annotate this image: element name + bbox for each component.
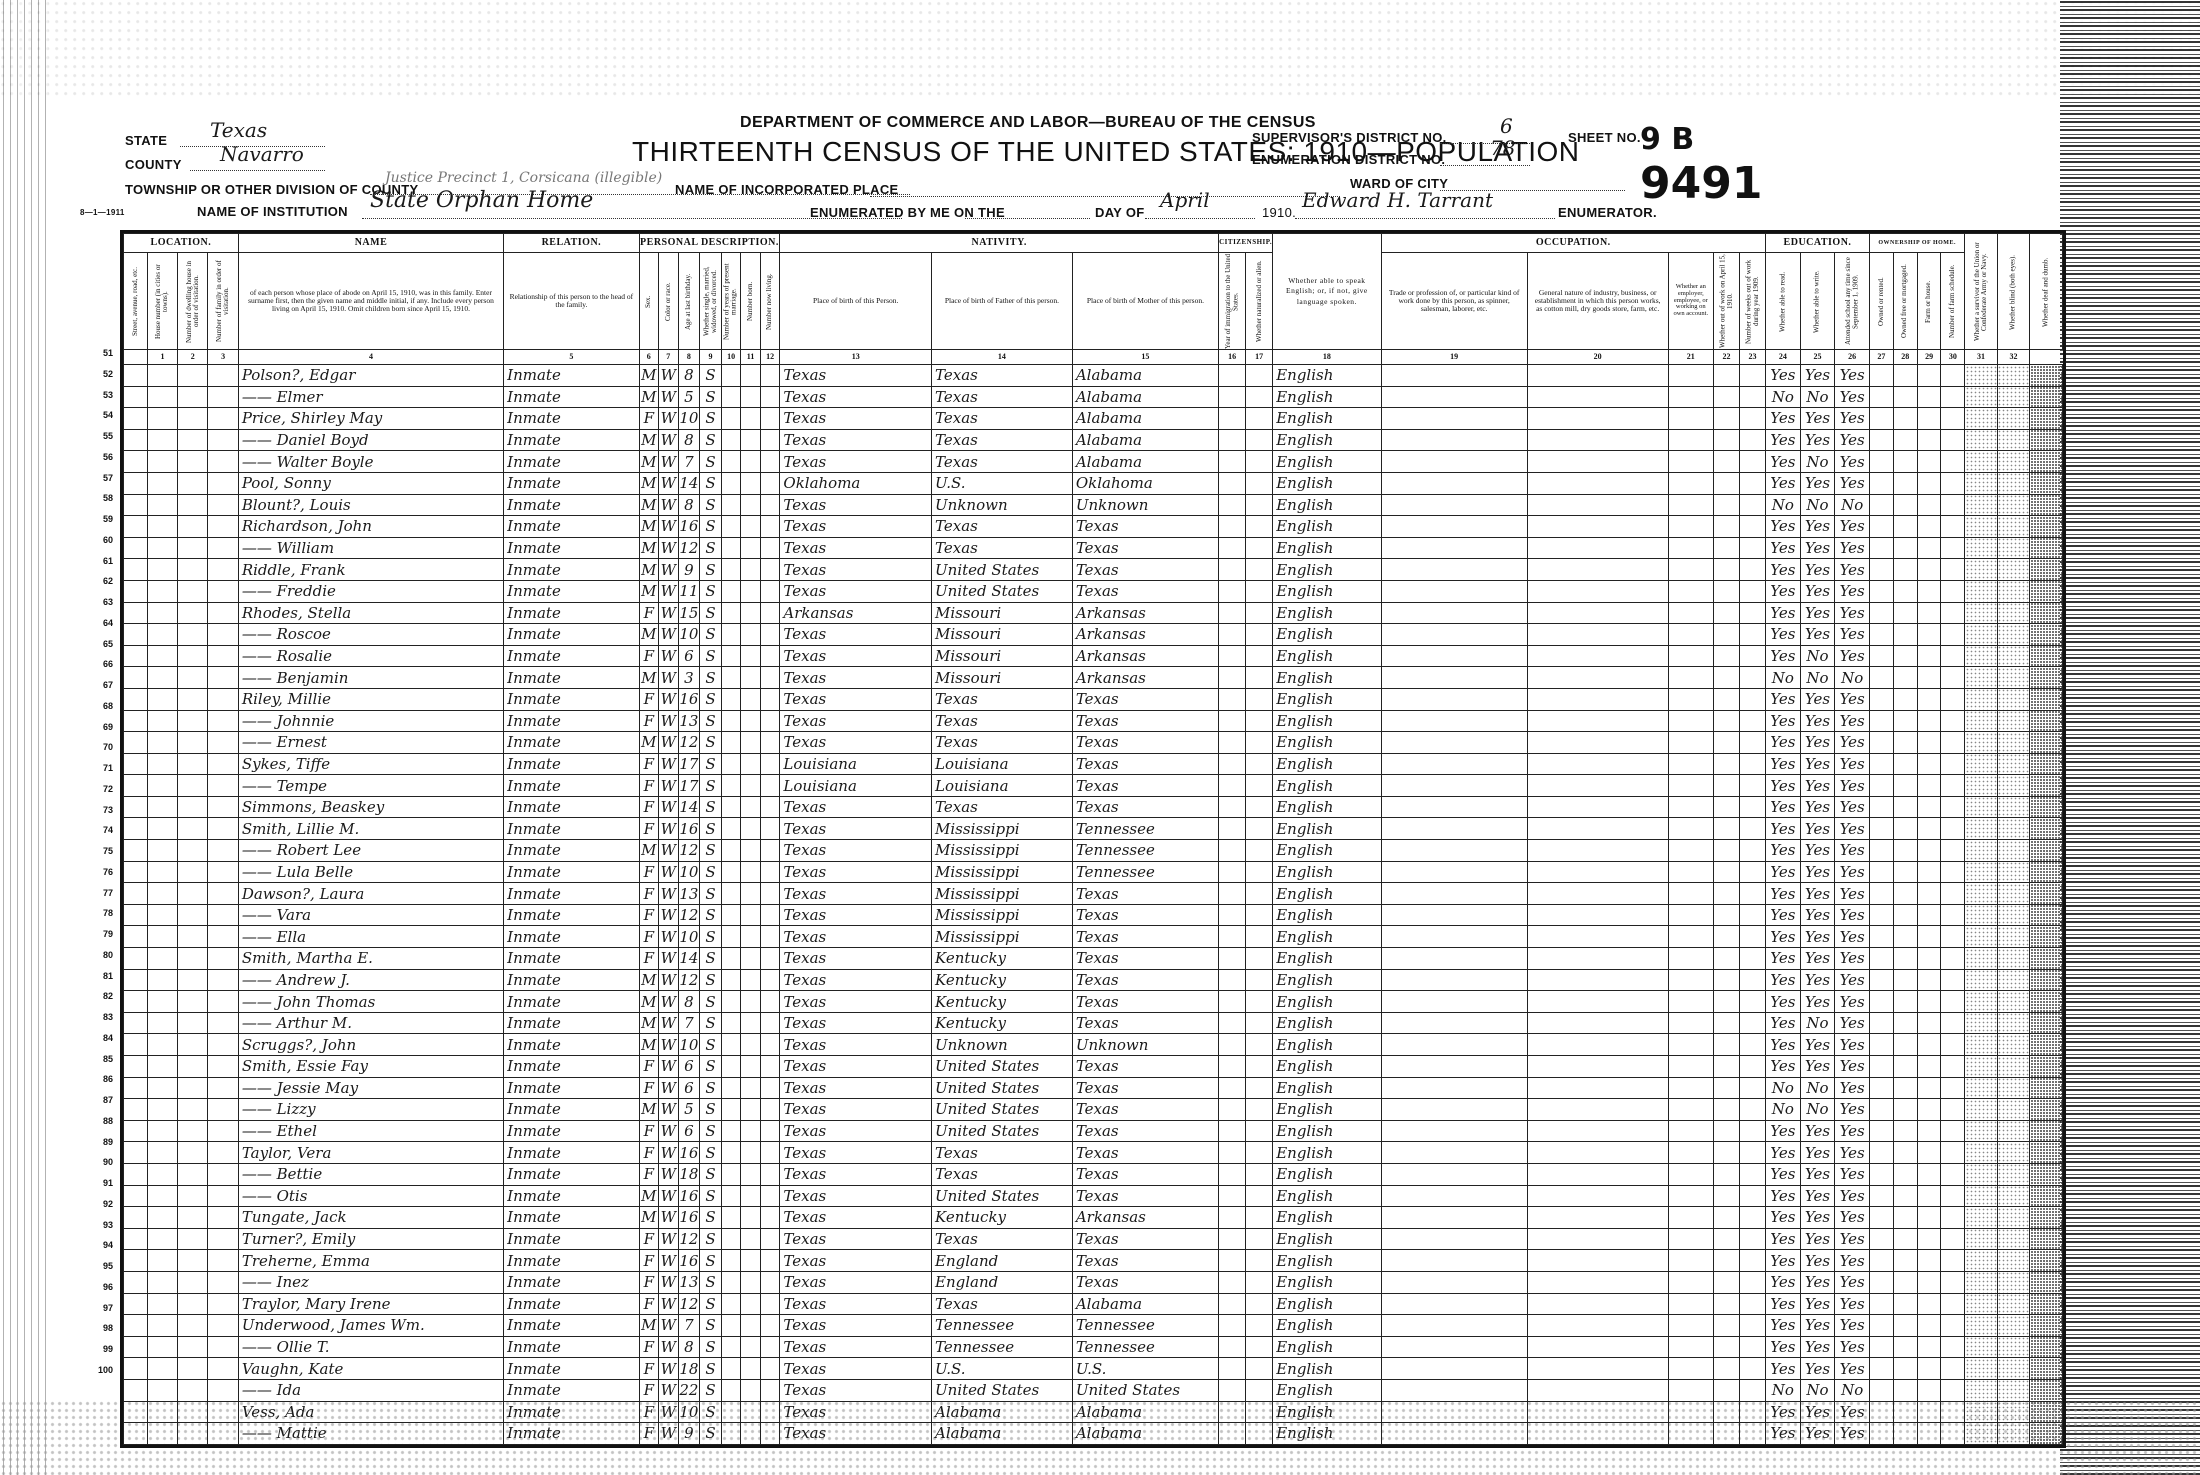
name-cell: —— Inez	[238, 1271, 503, 1293]
empty-cell	[1527, 1250, 1668, 1272]
empty-cell	[721, 688, 740, 710]
age-cell: 16	[678, 1207, 700, 1229]
empty-cell	[147, 861, 177, 883]
mother-birthplace-cell: Texas	[1072, 991, 1218, 1013]
table-row: Scruggs?, JohnInmateMW10STexasUnknownUnk…	[124, 1034, 2063, 1056]
empty-cell	[1714, 645, 1740, 667]
empty-cell	[2030, 645, 2063, 667]
empty-cell	[1941, 516, 1965, 538]
father-birthplace-cell: Texas	[932, 429, 1073, 451]
relation-cell: Inmate	[504, 1250, 639, 1272]
empty-cell	[208, 688, 238, 710]
age-cell: 10	[678, 1034, 700, 1056]
empty-cell	[124, 624, 148, 646]
empty-cell	[741, 883, 760, 905]
relation-cell: Inmate	[504, 1401, 639, 1423]
school-cell: Yes	[1835, 1401, 1870, 1423]
empty-cell	[1219, 796, 1246, 818]
age-cell: 10	[678, 408, 700, 430]
write-cell: Yes	[1800, 365, 1835, 387]
relation-cell: Inmate	[504, 537, 639, 559]
empty-cell	[721, 1379, 740, 1401]
group-personal-description: PERSONAL DESCRIPTION.	[639, 234, 780, 253]
column-number: 11	[741, 350, 760, 365]
name-cell: —— Ernest	[238, 732, 503, 754]
age-cell: 10	[678, 926, 700, 948]
empty-cell	[1381, 667, 1527, 689]
header-birth-father: Place of birth of Father of this person.	[932, 253, 1073, 350]
empty-cell	[1381, 580, 1527, 602]
sex-cell: M	[639, 1185, 658, 1207]
name-cell: Treherne, Emma	[238, 1250, 503, 1272]
language-cell: English	[1273, 1423, 1381, 1445]
empty-cell	[1714, 1228, 1740, 1250]
empty-cell	[1941, 818, 1965, 840]
empty-cell	[1381, 472, 1527, 494]
read-cell: Yes	[1766, 991, 1801, 1013]
mother-birthplace-cell: Texas	[1072, 732, 1218, 754]
name-cell: —— John Thomas	[238, 991, 503, 1013]
relation-cell: Inmate	[504, 1379, 639, 1401]
language-cell: English	[1273, 1077, 1381, 1099]
age-cell: 7	[678, 1012, 700, 1034]
father-birthplace-cell: Tennessee	[932, 1336, 1073, 1358]
empty-cell	[1668, 1228, 1713, 1250]
empty-cell	[1941, 451, 1965, 473]
empty-cell	[1668, 1336, 1713, 1358]
write-cell: Yes	[1800, 1401, 1835, 1423]
sex-cell: F	[639, 1271, 658, 1293]
marital-cell: S	[700, 732, 722, 754]
marital-cell: S	[700, 559, 722, 581]
birthplace-cell: Texas	[780, 948, 932, 970]
empty-cell	[760, 818, 780, 840]
empty-cell	[1997, 1271, 2029, 1293]
empty-cell	[1870, 516, 1894, 538]
empty-cell	[1527, 1034, 1668, 1056]
mother-birthplace-cell: Texas	[1072, 948, 1218, 970]
empty-cell	[1740, 472, 1766, 494]
empty-cell	[124, 472, 148, 494]
empty-cell	[760, 559, 780, 581]
empty-cell	[1917, 624, 1941, 646]
empty-cell	[147, 537, 177, 559]
empty-cell	[147, 602, 177, 624]
empty-cell	[721, 1293, 740, 1315]
language-cell: English	[1273, 580, 1381, 602]
empty-cell	[1893, 516, 1917, 538]
race-cell: W	[659, 1315, 678, 1337]
empty-cell	[1527, 451, 1668, 473]
birthplace-cell: Texas	[780, 1163, 932, 1185]
race-cell: W	[659, 948, 678, 970]
line-number: 51	[83, 348, 113, 358]
empty-cell	[1381, 904, 1527, 926]
empty-cell	[741, 645, 760, 667]
age-cell: 15	[678, 602, 700, 624]
empty-cell	[208, 775, 238, 797]
empty-cell	[1381, 1336, 1527, 1358]
race-cell: W	[659, 1336, 678, 1358]
line-number: 65	[83, 639, 113, 649]
empty-cell	[124, 1163, 148, 1185]
read-cell: Yes	[1766, 710, 1801, 732]
empty-cell	[721, 1056, 740, 1078]
empty-cell	[1917, 1056, 1941, 1078]
empty-cell	[721, 667, 740, 689]
mother-birthplace-cell: Tennessee	[1072, 840, 1218, 862]
empty-cell	[1219, 840, 1246, 862]
language-cell: English	[1273, 386, 1381, 408]
empty-cell	[1965, 883, 1997, 905]
race-cell: W	[659, 624, 678, 646]
empty-cell	[2030, 602, 2063, 624]
empty-cell	[1870, 840, 1894, 862]
empty-cell	[1527, 796, 1668, 818]
empty-cell	[147, 559, 177, 581]
name-cell: Pool, Sonny	[238, 472, 503, 494]
write-cell: Yes	[1800, 861, 1835, 883]
marital-cell: S	[700, 840, 722, 862]
read-cell: Yes	[1766, 559, 1801, 581]
empty-cell	[1668, 1012, 1713, 1034]
empty-cell	[1527, 1315, 1668, 1337]
empty-cell	[1527, 710, 1668, 732]
empty-cell	[208, 904, 238, 926]
empty-cell	[1246, 883, 1273, 905]
empty-cell	[1668, 1142, 1713, 1164]
empty-cell	[1997, 1120, 2029, 1142]
birthplace-cell: Texas	[780, 969, 932, 991]
write-cell: Yes	[1800, 991, 1835, 1013]
mother-birthplace-cell: Arkansas	[1072, 645, 1218, 667]
marital-cell: S	[700, 408, 722, 430]
father-birthplace-cell: Missouri	[932, 645, 1073, 667]
empty-cell	[1941, 1315, 1965, 1337]
name-cell: —— Otis	[238, 1185, 503, 1207]
empty-cell	[1668, 1099, 1713, 1121]
empty-cell	[760, 840, 780, 862]
empty-cell	[208, 710, 238, 732]
empty-cell	[124, 1185, 148, 1207]
age-cell: 13	[678, 883, 700, 905]
empty-cell	[1381, 1293, 1527, 1315]
empty-cell	[2030, 1228, 2063, 1250]
empty-cell	[1997, 1379, 2029, 1401]
line-number: 97	[83, 1303, 113, 1313]
empty-cell	[1714, 1250, 1740, 1272]
empty-cell	[1997, 451, 2029, 473]
empty-cell	[1219, 1056, 1246, 1078]
empty-cell	[124, 904, 148, 926]
empty-cell	[1917, 1336, 1941, 1358]
empty-cell	[1219, 429, 1246, 451]
marital-cell: S	[700, 516, 722, 538]
empty-cell	[1381, 840, 1527, 862]
empty-cell	[208, 559, 238, 581]
school-cell: Yes	[1835, 429, 1870, 451]
empty-cell	[741, 1358, 760, 1380]
empty-cell	[1870, 602, 1894, 624]
header-birth-person: Place of birth of this Person.	[780, 253, 932, 350]
race-cell: W	[659, 451, 678, 473]
line-number: 77	[83, 888, 113, 898]
marital-cell: S	[700, 1358, 722, 1380]
empty-cell	[1893, 1185, 1917, 1207]
empty-cell	[1219, 861, 1246, 883]
language-desc: Whether able to speak English; or, if no…	[1286, 276, 1368, 306]
empty-cell	[1219, 1228, 1246, 1250]
empty-cell	[1870, 775, 1894, 797]
empty-cell	[1997, 1185, 2029, 1207]
empty-cell	[1668, 1271, 1713, 1293]
sex-cell: F	[639, 602, 658, 624]
school-cell: Yes	[1835, 1142, 1870, 1164]
header-children-born: Number born.	[741, 253, 760, 350]
empty-cell	[1965, 861, 1997, 883]
marital-cell: S	[700, 1099, 722, 1121]
empty-cell	[741, 1163, 760, 1185]
sex-cell: F	[639, 1358, 658, 1380]
birthplace-cell: Texas	[780, 408, 932, 430]
relation-cell: Inmate	[504, 732, 639, 754]
empty-cell	[124, 1358, 148, 1380]
empty-cell	[1714, 710, 1740, 732]
empty-cell	[1965, 753, 1997, 775]
line-number: 76	[83, 867, 113, 877]
empty-cell	[147, 1077, 177, 1099]
mother-birthplace-cell: Texas	[1072, 688, 1218, 710]
empty-cell	[721, 494, 740, 516]
sheet-number-label: SHEET NO.	[1568, 130, 1641, 145]
empty-cell	[1714, 516, 1740, 538]
empty-cell	[1941, 1012, 1965, 1034]
write-cell: Yes	[1800, 1120, 1835, 1142]
empty-cell	[124, 1034, 148, 1056]
name-cell: —— Ollie T.	[238, 1336, 503, 1358]
empty-cell	[1381, 1250, 1527, 1272]
table-row: —— ElmerInmateMW5STexasTexasAlabamaEngli…	[124, 386, 2063, 408]
empty-cell	[1668, 861, 1713, 883]
empty-cell	[1997, 861, 2029, 883]
write-cell: Yes	[1800, 1358, 1835, 1380]
header-dwelling-number: Number of dwelling house in order of vis…	[178, 253, 208, 350]
empty-cell	[1870, 1423, 1894, 1445]
empty-cell	[1941, 580, 1965, 602]
school-cell: Yes	[1835, 818, 1870, 840]
language-cell: English	[1273, 991, 1381, 1013]
empty-cell	[1740, 1250, 1766, 1272]
relation-cell: Inmate	[504, 796, 639, 818]
age-cell: 12	[678, 969, 700, 991]
empty-cell	[1714, 1034, 1740, 1056]
empty-cell	[1941, 926, 1965, 948]
father-birthplace-cell: Unknown	[932, 494, 1073, 516]
line-number: 62	[83, 576, 113, 586]
header-birth-mother: Place of birth of Mother of this person.	[1072, 253, 1218, 350]
supervisor-district-label: SUPERVISOR'S DISTRICT NO.	[1252, 130, 1447, 145]
write-cell: Yes	[1800, 1336, 1835, 1358]
sex-cell: M	[639, 559, 658, 581]
empty-cell	[2030, 1271, 2063, 1293]
read-cell: Yes	[1766, 732, 1801, 754]
empty-cell	[2030, 948, 2063, 970]
read-cell: Yes	[1766, 429, 1801, 451]
school-cell: Yes	[1835, 580, 1870, 602]
column-number: 17	[1246, 350, 1273, 365]
empty-cell	[741, 624, 760, 646]
empty-cell	[1740, 1034, 1766, 1056]
empty-cell	[208, 926, 238, 948]
empty-cell	[760, 1401, 780, 1423]
name-cell: —— Roscoe	[238, 624, 503, 646]
empty-cell	[1997, 796, 2029, 818]
empty-cell	[1219, 1250, 1246, 1272]
empty-cell	[1941, 732, 1965, 754]
empty-cell	[147, 1034, 177, 1056]
group-nativity: NATIVITY.	[780, 234, 1219, 253]
language-cell: English	[1273, 1358, 1381, 1380]
read-cell: Yes	[1766, 1250, 1801, 1272]
language-cell: English	[1273, 1034, 1381, 1056]
empty-cell	[1668, 1401, 1713, 1423]
empty-cell	[1893, 710, 1917, 732]
age-cell: 16	[678, 1142, 700, 1164]
empty-cell	[1893, 537, 1917, 559]
empty-cell	[1219, 624, 1246, 646]
name-cell: —— Lula Belle	[238, 861, 503, 883]
birthplace-cell: Texas	[780, 710, 932, 732]
empty-cell	[1997, 818, 2029, 840]
column-number: 16	[1219, 350, 1246, 365]
language-cell: English	[1273, 753, 1381, 775]
empty-cell	[1219, 667, 1246, 689]
empty-cell	[1941, 883, 1965, 905]
empty-cell	[1246, 861, 1273, 883]
school-cell: Yes	[1835, 1056, 1870, 1078]
empty-cell	[124, 1142, 148, 1164]
empty-cell	[721, 796, 740, 818]
empty-cell	[1997, 602, 2029, 624]
line-number: 82	[83, 991, 113, 1001]
empty-cell	[741, 451, 760, 473]
empty-cell	[208, 1012, 238, 1034]
name-cell: Vaughn, Kate	[238, 1358, 503, 1380]
empty-cell	[1941, 1207, 1965, 1229]
empty-cell	[208, 991, 238, 1013]
empty-cell	[147, 1120, 177, 1142]
empty-cell	[721, 365, 740, 387]
empty-cell	[1219, 1163, 1246, 1185]
name-cell: Polson?, Edgar	[238, 365, 503, 387]
empty-cell	[178, 688, 208, 710]
empty-cell	[1870, 408, 1894, 430]
empty-cell	[1893, 580, 1917, 602]
empty-cell	[2030, 1056, 2063, 1078]
age-cell: 7	[678, 1315, 700, 1337]
empty-cell	[1381, 1315, 1527, 1337]
marital-cell: S	[700, 1293, 722, 1315]
marital-cell: S	[700, 472, 722, 494]
empty-cell	[1941, 365, 1965, 387]
age-cell: 6	[678, 645, 700, 667]
father-birthplace-cell: Tennessee	[932, 1315, 1073, 1337]
table-row: Richardson, JohnInmateMW16STexasTexasTex…	[124, 516, 2063, 538]
language-cell: English	[1273, 926, 1381, 948]
empty-cell	[1917, 883, 1941, 905]
empty-cell	[1219, 645, 1246, 667]
line-number: 81	[83, 971, 113, 981]
write-cell: Yes	[1800, 472, 1835, 494]
empty-cell	[1740, 948, 1766, 970]
enumerator-name: Edward H. Tarrant	[1302, 188, 1493, 212]
empty-cell	[1381, 451, 1527, 473]
empty-cell	[1917, 1034, 1941, 1056]
mother-birthplace-cell: Tennessee	[1072, 1315, 1218, 1337]
empty-cell	[1870, 1336, 1894, 1358]
header-school: Attended school any time since September…	[1835, 253, 1870, 350]
school-cell: Yes	[1835, 840, 1870, 862]
mother-birthplace-cell: Tennessee	[1072, 861, 1218, 883]
empty-cell	[1527, 494, 1668, 516]
empty-cell	[1870, 494, 1894, 516]
language-cell: English	[1273, 883, 1381, 905]
race-cell: W	[659, 1207, 678, 1229]
scan-noise-top	[0, 0, 2200, 100]
empty-cell	[1917, 1401, 1941, 1423]
empty-cell	[1668, 1423, 1713, 1445]
empty-cell	[741, 1315, 760, 1337]
empty-cell	[147, 386, 177, 408]
birthplace-cell: Texas	[780, 1056, 932, 1078]
empty-cell	[1870, 1120, 1894, 1142]
school-cell: Yes	[1835, 1271, 1870, 1293]
empty-cell	[1965, 969, 1997, 991]
sex-cell: F	[639, 1056, 658, 1078]
empty-cell	[1246, 1142, 1273, 1164]
table-row: Taylor, VeraInmateFW16STexasTexasTexasEn…	[124, 1142, 2063, 1164]
empty-cell	[1740, 991, 1766, 1013]
column-number: 31	[1965, 350, 1997, 365]
empty-cell	[1527, 818, 1668, 840]
empty-cell	[1527, 602, 1668, 624]
empty-cell	[760, 1271, 780, 1293]
age-cell: 12	[678, 1293, 700, 1315]
line-number: 52	[83, 369, 113, 379]
empty-cell	[2030, 1077, 2063, 1099]
empty-cell	[1740, 796, 1766, 818]
empty-cell	[1668, 991, 1713, 1013]
empty-cell	[1997, 429, 2029, 451]
name-cell: —— Benjamin	[238, 667, 503, 689]
mother-birthplace-cell: Alabama	[1072, 1293, 1218, 1315]
mother-birthplace-cell: Arkansas	[1072, 624, 1218, 646]
empty-cell	[1997, 1207, 2029, 1229]
empty-cell	[1965, 559, 1997, 581]
empty-cell	[124, 559, 148, 581]
empty-cell	[208, 1207, 238, 1229]
table-row: Underwood, James Wm.InmateMW7STexasTenne…	[124, 1315, 2063, 1337]
empty-cell	[1381, 1379, 1527, 1401]
school-cell: Yes	[1835, 1228, 1870, 1250]
read-cell: Yes	[1766, 969, 1801, 991]
empty-cell	[208, 1185, 238, 1207]
empty-cell	[1381, 1142, 1527, 1164]
empty-cell	[2030, 1185, 2063, 1207]
race-cell: W	[659, 429, 678, 451]
mother-birthplace-cell: Texas	[1072, 1228, 1218, 1250]
empty-cell	[1714, 1271, 1740, 1293]
